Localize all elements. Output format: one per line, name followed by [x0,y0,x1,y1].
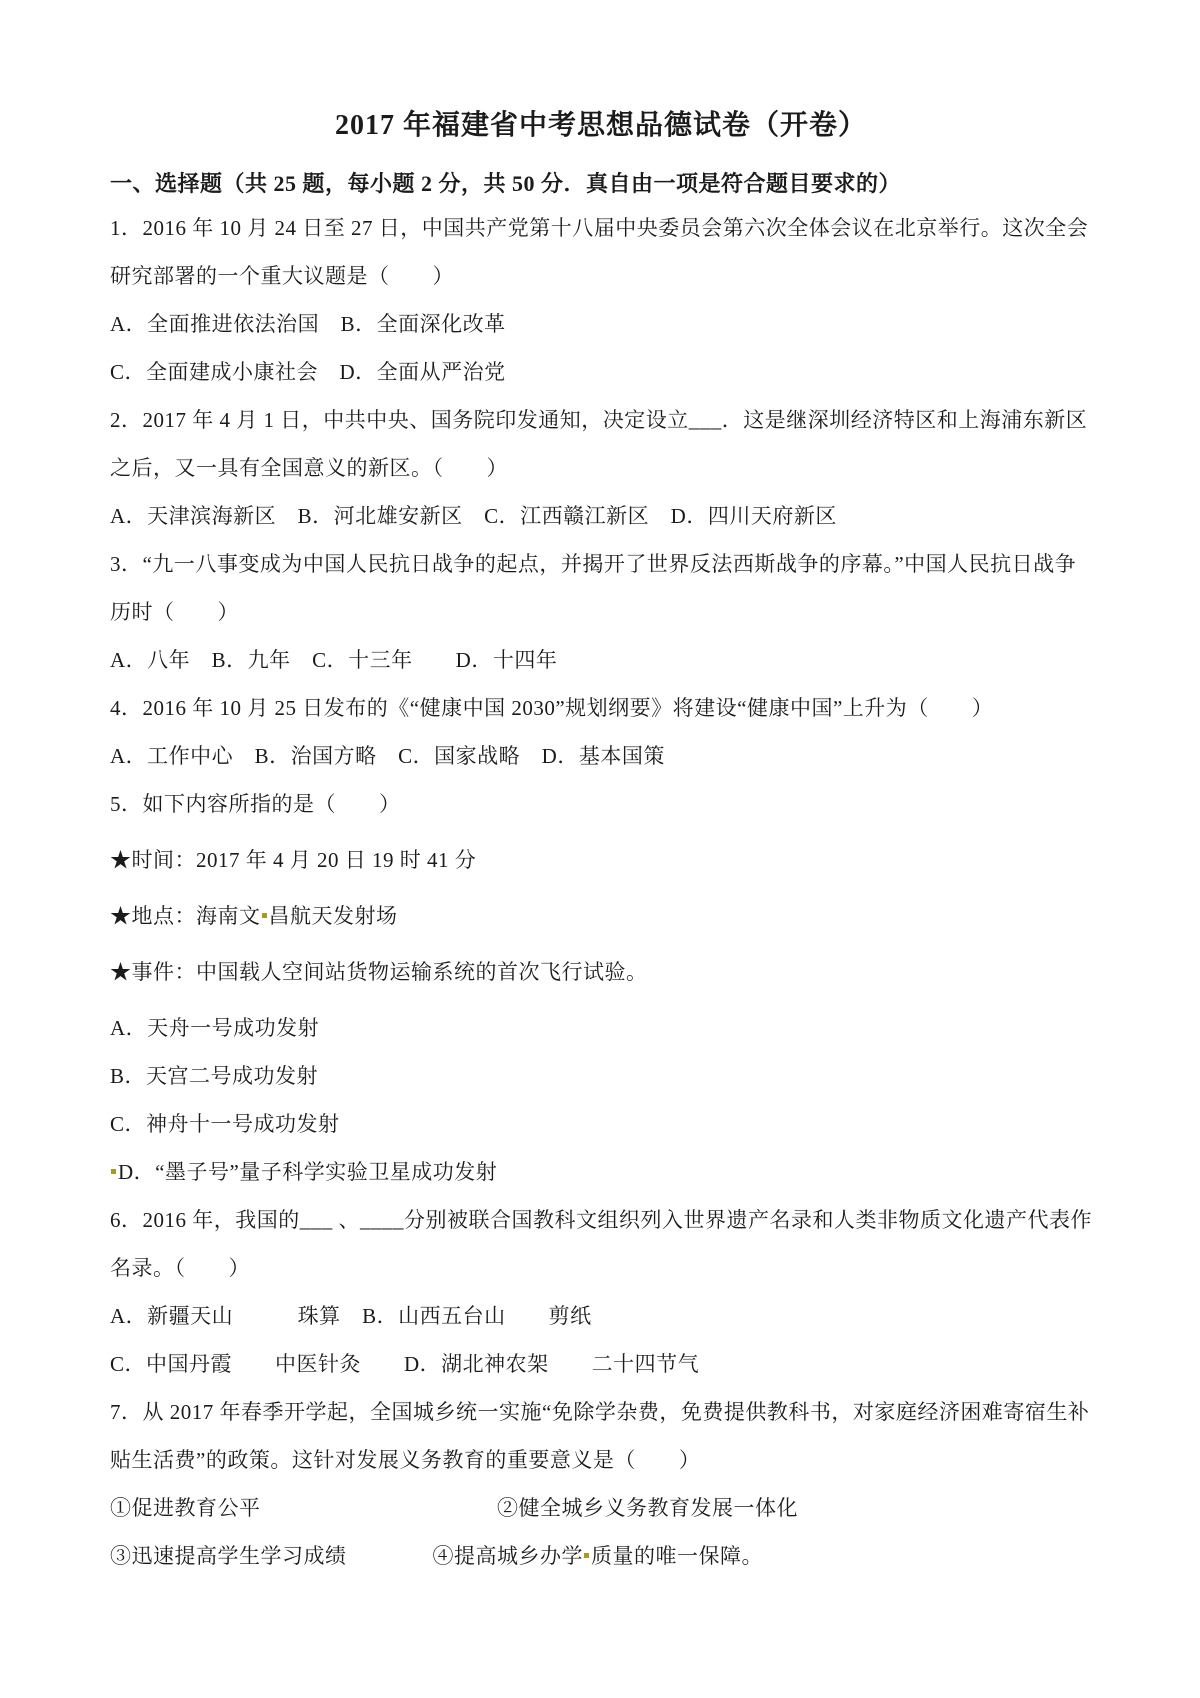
exam-paper-page: 2017 年福建省中考思想品德试卷（开卷） 一、选择题（共 25 题，每小题 2… [0,0,1200,1698]
q2-text-line-2: 之后，又一具有全国意义的新区。（ ） [110,444,1092,492]
section-heading: 一、选择题（共 25 题，每小题 2 分，共 50 分．真自由一项是符合题目要求… [110,167,1092,200]
q5-item-time: ★时间：2017 年 4 月 20 日 19 时 41 分 [110,836,1092,884]
scan-artifact-dot [584,1553,589,1558]
q5-text: 5．如下内容所指的是（ ） [110,780,1092,828]
q5-item-place: ★地点：海南文昌航天发射场 [110,892,1092,940]
q6-text-line-1: 6．2016 年，我国的___ 、____分别被联合国教科文组织列入世界遗产名录… [110,1196,1092,1244]
q3-text-line-2: 历时（ ） [110,588,1092,636]
q5-item-event: ★事件：中国载人空间站货物运输系统的首次飞行试验。 [110,948,1092,996]
q5-option-a: A．天舟一号成功发射 [110,1004,1092,1052]
q4-options: A．工作中心 B．治国方略 C．国家战略 D．基本国策 [110,732,1092,780]
q1-options-cd: C．全面建成小康社会 D．全面从严治党 [110,348,1092,396]
q6-options-cd: C．中国丹霞 中医针灸 D．湖北神农架 二十四节气 [110,1340,1092,1388]
q3-options: A．八年 B．九年 C．十三年 D．十四年 [110,636,1092,684]
q5-option-c: C．神舟十一号成功发射 [110,1100,1092,1148]
q6-text-line-2: 名录。（ ） [110,1244,1092,1292]
q5-option-d: D．“墨子号”量子科学实验卫星成功发射 [110,1148,1092,1196]
scan-artifact-dot [111,1169,116,1174]
q7-text-line-2: 贴生活费”的政策。这针对发展义务教育的重要意义是（ ） [110,1436,1092,1484]
page-title: 2017 年福建省中考思想品德试卷（开卷） [110,106,1092,145]
q4-text: 4．2016 年 10 月 25 日发布的《“健康中国 2030”规划纲要》将建… [110,684,1092,732]
q6-options-ab: A．新疆天山 珠算 B．山西五台山 剪纸 [110,1292,1092,1340]
q7-text-line-1: 7．从 2017 年春季开学起，全国城乡统一实施“免除学杂费，免费提供教科书，对… [110,1388,1092,1436]
q1-text-line-1: 1．2016 年 10 月 24 日至 27 日，中国共产党第十八届中央委员会第… [110,204,1092,252]
question-lines: 1．2016 年 10 月 24 日至 27 日，中国共产党第十八届中央委员会第… [110,204,1092,1580]
q3-text-line-1: 3．“九一八事变成为中国人民抗日战争的起点，并揭开了世界反法西斯战争的序幕。”中… [110,540,1092,588]
scan-artifact-dot [262,913,267,918]
q7-items-1-2: ①促进教育公平 ②健全城乡义务教育发展一体化 [110,1484,1092,1532]
q7-items-3-4: ③迅速提高学生学习成绩 ④提高城乡办学质量的唯一保障。 [110,1532,1092,1580]
q5-option-b: B．天宫二号成功发射 [110,1052,1092,1100]
q2-text-line-1: 2．2017 年 4 月 1 日，中共中央、国务院印发通知，决定设立___．这是… [110,396,1092,444]
q1-text-line-2: 研究部署的一个重大议题是（ ） [110,252,1092,300]
q2-options: A．天津滨海新区 B．河北雄安新区 C．江西赣江新区 D．四川天府新区 [110,492,1092,540]
q1-options-ab: A．全面推进依法治国 B．全面深化改革 [110,300,1092,348]
